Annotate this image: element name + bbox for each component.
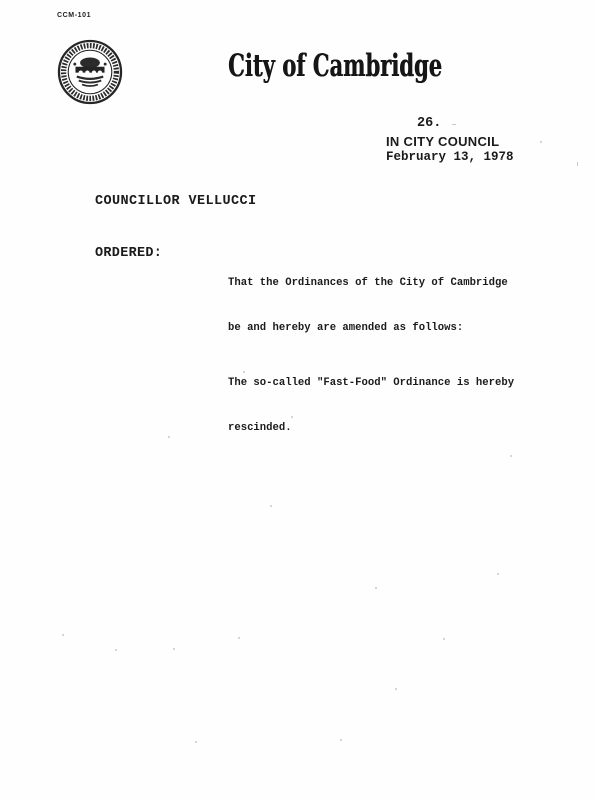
form-code: CCM-101 <box>57 12 91 19</box>
order-body-line-4: rescinded. <box>228 421 514 436</box>
city-seal-icon <box>57 39 123 105</box>
sponsor-name: COUNCILLOR VELLUCCI <box>95 194 257 209</box>
order-body-line-2: be and hereby are amended as follows: <box>228 321 514 336</box>
order-body-line-1: That the Ordinances of the City of Cambr… <box>228 276 514 291</box>
order-body-line-3: The so-called "Fast-Food" Ordinance is h… <box>228 376 514 391</box>
order-body: That the Ordinances of the City of Cambr… <box>228 246 514 466</box>
order-number: 26. <box>417 116 441 131</box>
council-date: February 13, 1978 <box>386 150 514 164</box>
in-city-council-line: IN CITY COUNCIL <box>386 134 499 149</box>
document-title: City of Cambridge <box>228 48 442 84</box>
document-page: CCM-101 City of Cambridge 26. IN CITY CO… <box>0 0 594 800</box>
ordered-label: ORDERED: <box>95 246 162 261</box>
